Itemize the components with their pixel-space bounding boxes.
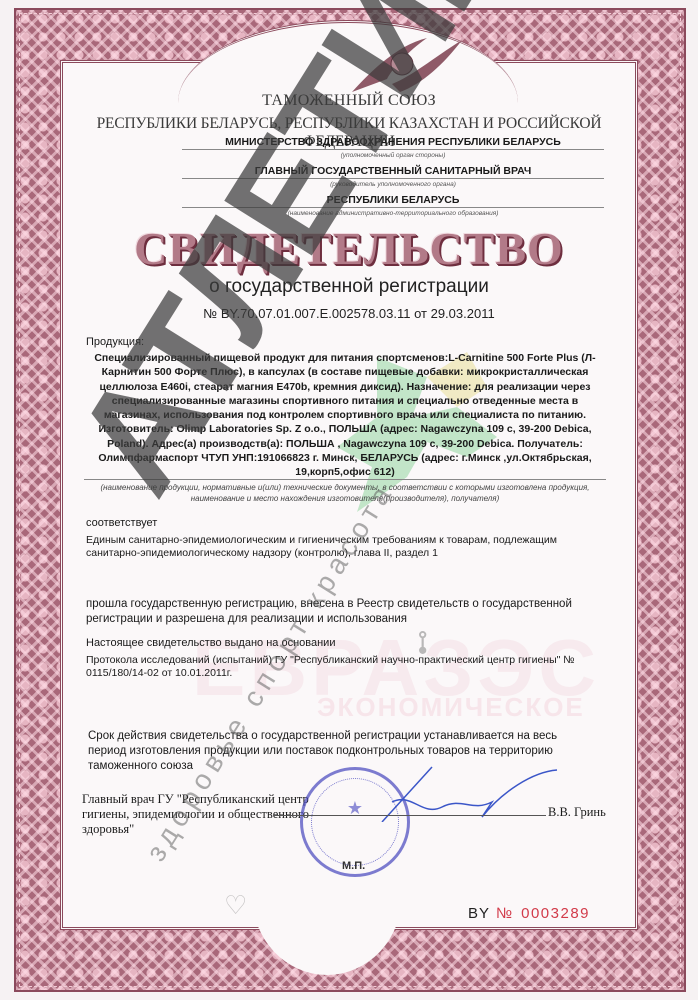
basis-text: Протокола исследований (испытаний) ГУ "Р… — [86, 654, 596, 681]
signature-line — [274, 815, 546, 816]
basis-head: Настоящее свидетельство выдано на основа… — [86, 637, 596, 651]
certificate-number: № BY.70.07.01.007.E.002578.03.11 от 29.0… — [62, 306, 636, 321]
seal-label: М.П. — [342, 860, 365, 872]
ministry-note: (уполномоченный орган стороны) — [182, 152, 604, 159]
customs-union-emblem-icon — [332, 34, 472, 94]
compliance-section: соответствует Единым санитарно-эпидемиол… — [86, 517, 596, 561]
ministry-row: МИНИСТЕРСТВО ЗДРАВООХРАНЕНИЯ РЕСПУБЛИКИ … — [182, 136, 604, 159]
territory-note: (наименование административно-территориа… — [182, 210, 604, 217]
officer-note: (руководитель уполномоченного органа) — [182, 181, 604, 188]
ministry-name: МИНИСТЕРСТВО ЗДРАВООХРАНЕНИЯ РЕСПУБЛИКИ … — [182, 136, 604, 150]
compliance-text: Единым санитарно-эпидемиологическим и ги… — [86, 534, 596, 561]
officer-title: ГЛАВНЫЙ ГОСУДАРСТВЕННЫЙ САНИТАРНЫЙ ВРАЧ — [182, 165, 604, 179]
serial-digits: 0003289 — [521, 905, 590, 922]
registration-section: прошла государственную регистрацию, внес… — [86, 597, 596, 627]
product-label: Продукция: — [86, 336, 144, 348]
territory-row: РЕСПУБЛИКИ БЕЛАРУСЬ (наименование админи… — [182, 194, 604, 217]
certificate-subtitle: о государственной регистрации — [62, 276, 636, 298]
certificate-content: ТАМОЖЕННЫЙ СОЮЗ РЕСПУБЛИКИ БЕЛАРУСЬ, РЕС… — [62, 62, 636, 928]
serial-number: BY№0003289 — [468, 905, 590, 922]
serial-prefix: BY — [468, 905, 490, 922]
eurasec-sub-watermark: ЭКОНОМИЧЕСКОЕ — [317, 692, 585, 723]
product-note: (наименование продукции, нормативные и(и… — [84, 482, 606, 504]
signature-scribble — [362, 762, 562, 822]
compliance-head: соответствует — [86, 517, 596, 531]
serial-no-sign: № — [496, 905, 513, 922]
product-description: Специализированный пищевой продукт для п… — [84, 351, 606, 480]
certificate-title: СВИДЕТЕЛЬСТВО — [62, 222, 636, 275]
territory-name: РЕСПУБЛИКИ БЕЛАРУСЬ — [182, 194, 604, 208]
union-title: ТАМОЖЕННЫЙ СОЮЗ — [62, 92, 636, 110]
registration-text: прошла государственную регистрацию, внес… — [86, 597, 596, 627]
product-divider — [84, 479, 606, 480]
heart-icon: ♡ — [224, 890, 247, 921]
basis-section: Настоящее свидетельство выдано на основа… — [86, 637, 596, 681]
officer-row: ГЛАВНЫЙ ГОСУДАРСТВЕННЫЙ САНИТАРНЫЙ ВРАЧ … — [182, 165, 604, 188]
signer-name: В.В. Гринь — [548, 805, 606, 820]
